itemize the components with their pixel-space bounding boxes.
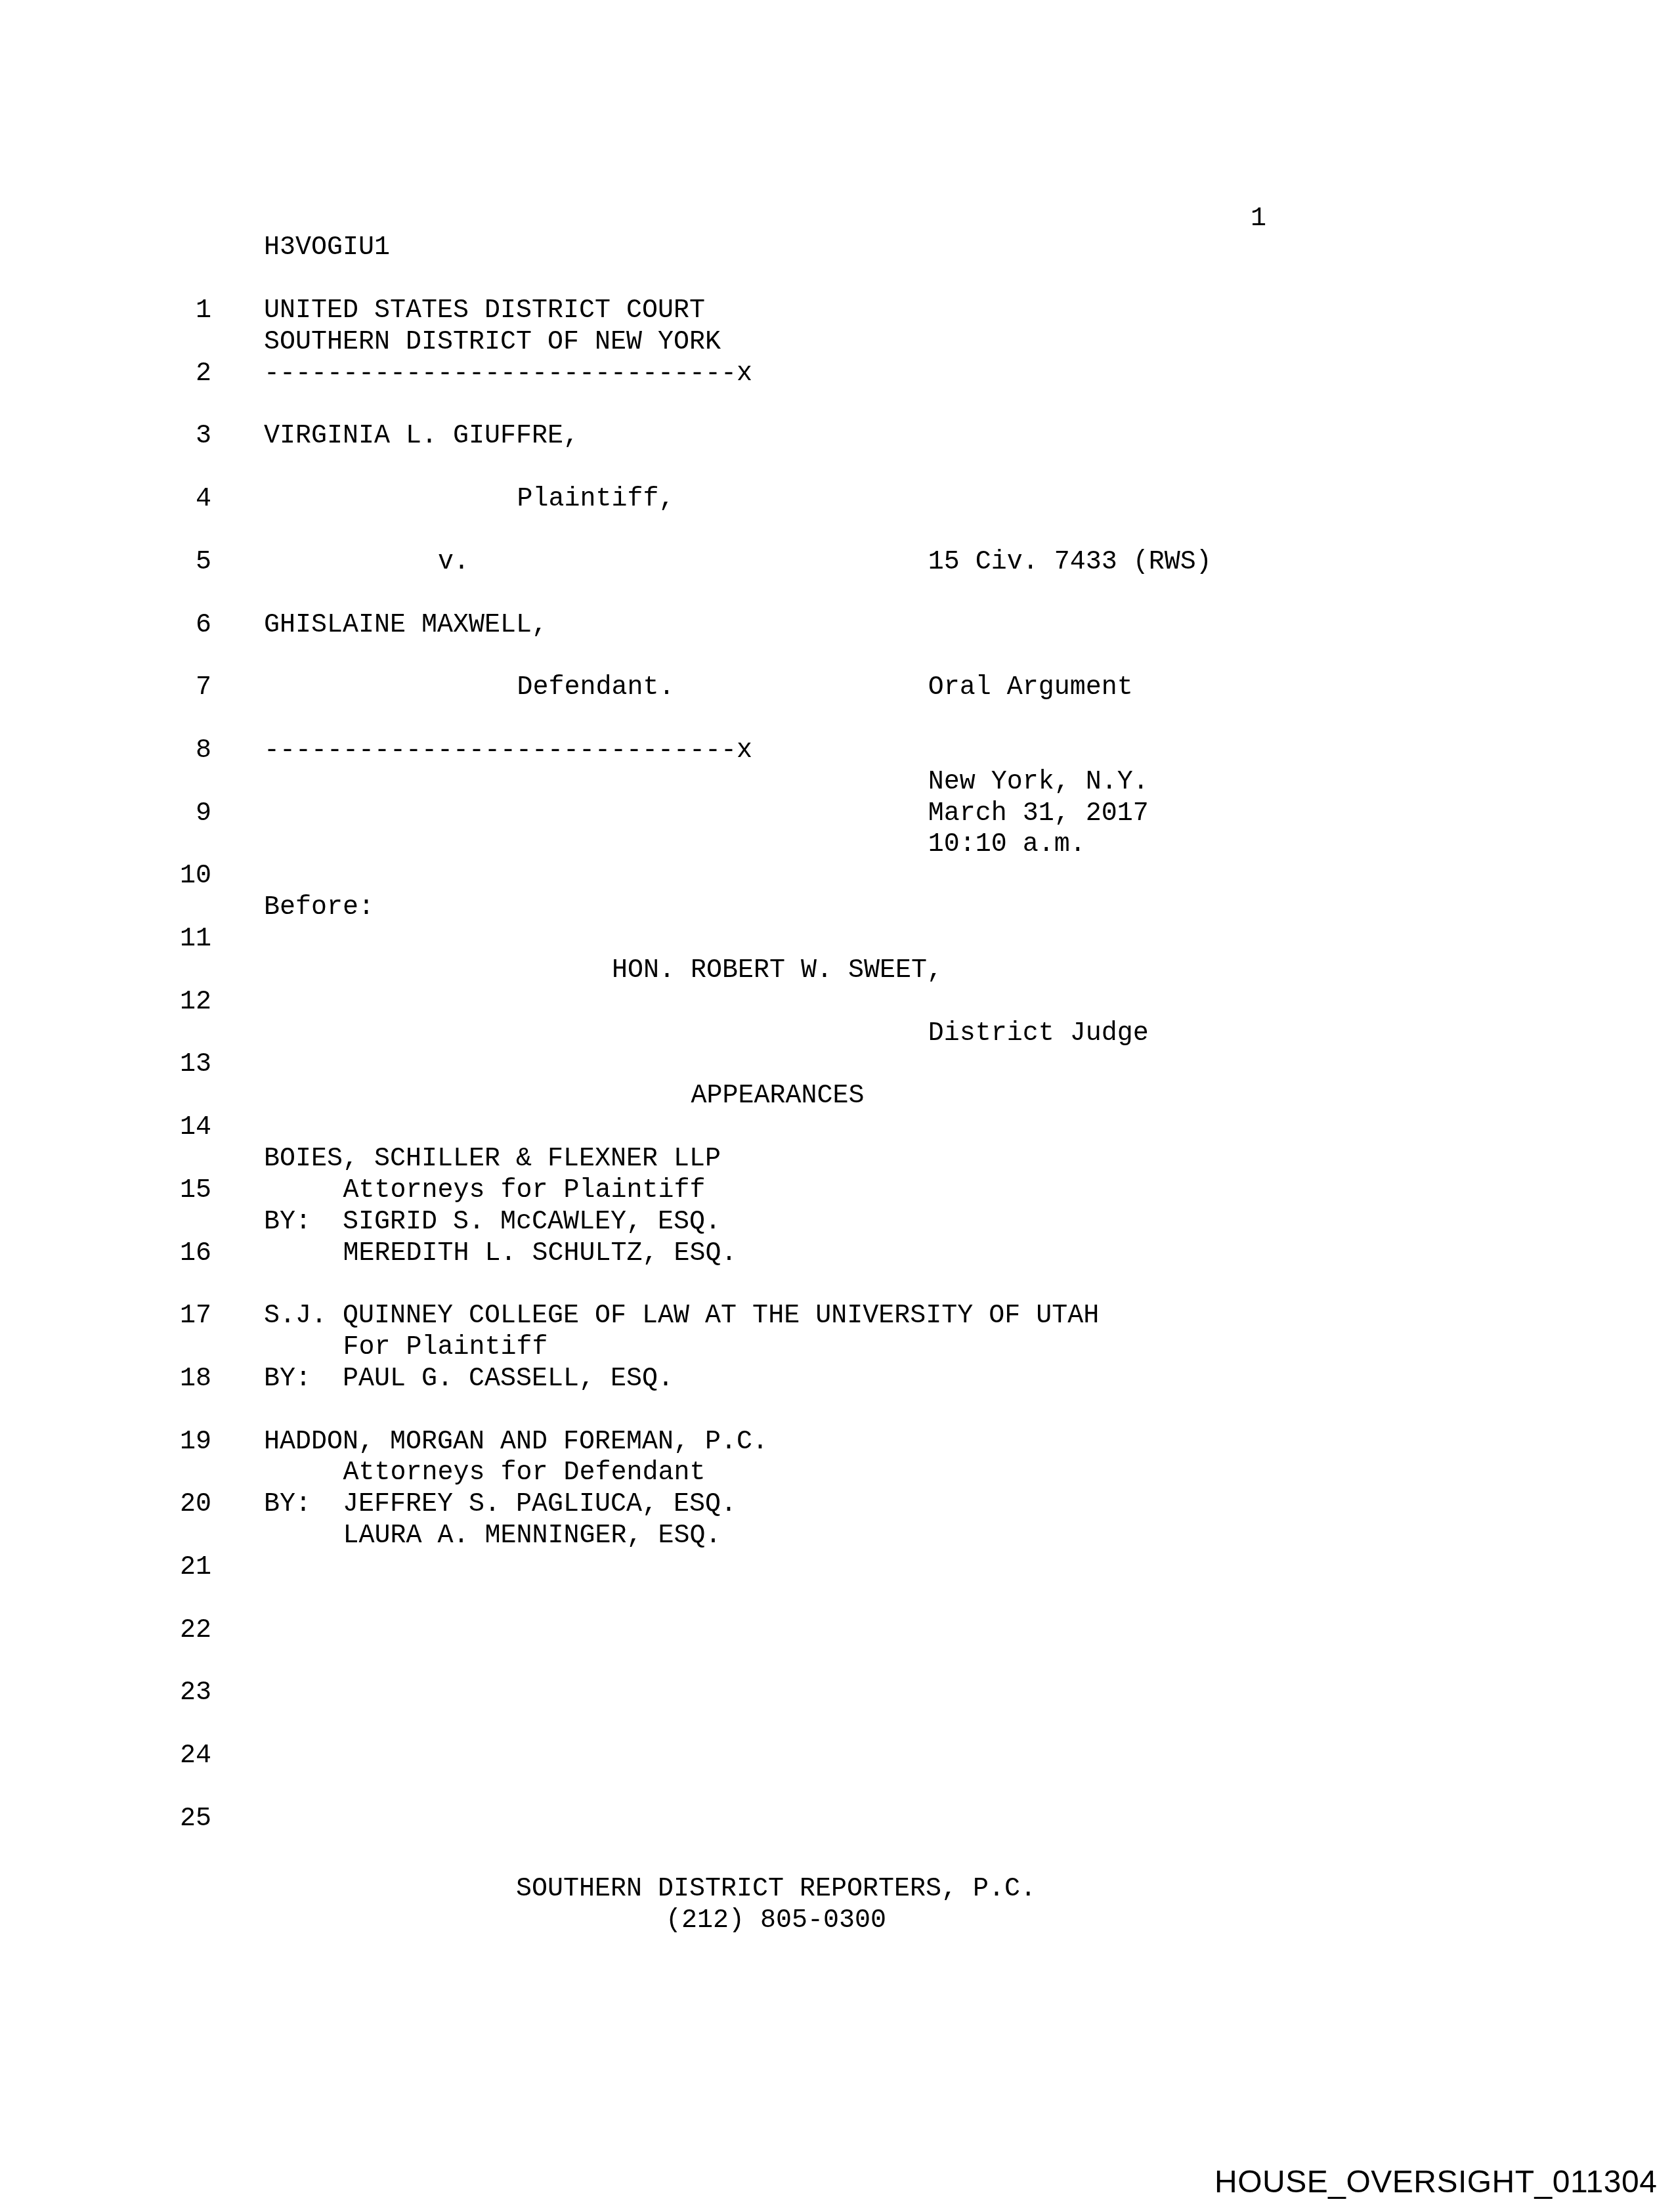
transcript-row: 14: [0, 1114, 1674, 1142]
line-text: ------------------------------x: [264, 360, 752, 389]
line-text: Attorneys for Defendant: [343, 1459, 705, 1488]
line-text: New York, N.Y.: [928, 768, 1149, 797]
transcript-row: 7Defendant.Oral Argument: [0, 674, 1674, 703]
transcript-row: 25: [0, 1805, 1674, 1834]
transcript-row: Before:: [0, 894, 1674, 922]
line-text: BY: SIGRID S. McCAWLEY, ESQ.: [264, 1208, 721, 1237]
line-text: BY: PAUL G. CASSELL, ESQ.: [264, 1365, 674, 1394]
line-number: 22: [167, 1616, 211, 1645]
transcript-row: LAURA A. MENNINGER, ESQ.: [0, 1522, 1674, 1551]
transcript-row: 20BY: JEFFREY S. PAGLIUCA, ESQ.: [0, 1490, 1674, 1519]
line-text: BY: JEFFREY S. PAGLIUCA, ESQ.: [264, 1490, 737, 1519]
line-text: District Judge: [928, 1020, 1149, 1049]
transcript-row: New York, N.Y.: [0, 768, 1674, 797]
line-text: SOUTHERN DISTRICT OF NEW YORK: [264, 328, 721, 357]
line-text: HON. ROBERT W. SWEET,: [612, 957, 943, 986]
line-text: Before:: [264, 894, 374, 922]
line-text: v.: [438, 548, 469, 577]
line-number: 20: [167, 1490, 211, 1519]
line-number: 10: [167, 862, 211, 891]
transcript-row: 6GHISLAINE MAXWELL,: [0, 611, 1674, 640]
line-number: 2: [167, 360, 211, 389]
line-text: BOIES, SCHILLER & FLEXNER LLP: [264, 1145, 721, 1174]
transcript-row: 2------------------------------x: [0, 360, 1674, 389]
transcript-row: 11: [0, 925, 1674, 954]
transcript-row: BY: SIGRID S. McCAWLEY, ESQ.: [0, 1208, 1674, 1237]
transcript-row: 3VIRGINIA L. GIUFFRE,: [0, 422, 1674, 451]
line-text: HADDON, MORGAN AND FOREMAN, P.C.: [264, 1428, 768, 1457]
line-text: For Plaintiff: [343, 1334, 547, 1362]
transcript-row: 19HADDON, MORGAN AND FOREMAN, P.C.: [0, 1428, 1674, 1457]
line-text: Defendant.: [517, 674, 674, 703]
line-number: 25: [167, 1805, 211, 1834]
line-number: 17: [167, 1302, 211, 1331]
line-number: 18: [167, 1365, 211, 1394]
line-number: 9: [167, 800, 211, 829]
line-text: GHISLAINE MAXWELL,: [264, 611, 547, 640]
transcript-row: For Plaintiff: [0, 1334, 1674, 1362]
line-text: VIRGINIA L. GIUFFRE,: [264, 422, 579, 451]
line-text: March 31, 2017: [928, 800, 1149, 829]
line-number: 13: [167, 1051, 211, 1079]
line-text: APPEARANCES: [691, 1082, 864, 1111]
line-text: LAURA A. MENNINGER, ESQ.: [343, 1522, 721, 1551]
line-text: UNITED STATES DISTRICT COURT: [264, 297, 705, 326]
transcript-row: BOIES, SCHILLER & FLEXNER LLP: [0, 1145, 1674, 1174]
line-text: Plaintiff,: [517, 485, 674, 514]
transcript-row: 10:10 a.m.: [0, 831, 1674, 859]
line-number: 19: [167, 1428, 211, 1457]
line-number: 4: [167, 485, 211, 514]
line-text: S.J. QUINNEY COLLEGE OF LAW AT THE UNIVE…: [264, 1302, 1099, 1331]
bates-stamp: HOUSE_OVERSIGHT_011304: [1214, 2165, 1657, 2200]
transcript-row: 4Plaintiff,: [0, 485, 1674, 514]
transcript-row: 15Attorneys for Plaintiff: [0, 1177, 1674, 1205]
transcript-row: 1UNITED STATES DISTRICT COURT: [0, 297, 1674, 326]
line-text: MEREDITH L. SCHULTZ, ESQ.: [343, 1240, 737, 1269]
line-number: 15: [167, 1177, 211, 1205]
transcript-row: 13: [0, 1051, 1674, 1079]
line-number: 14: [167, 1114, 211, 1142]
transcript-row: 23: [0, 1679, 1674, 1708]
transcript-row: 21: [0, 1553, 1674, 1582]
line-number: 3: [167, 422, 211, 451]
transcript-row: District Judge: [0, 1020, 1674, 1049]
line-number: 21: [167, 1553, 211, 1582]
line-number: 24: [167, 1742, 211, 1771]
transcript-row: 12: [0, 988, 1674, 1017]
court-reporter-phone: (212) 805-0300: [666, 1907, 886, 1936]
transcript-row: APPEARANCES: [0, 1082, 1674, 1111]
line-text: ------------------------------x: [264, 737, 752, 766]
transcript-row: 17S.J. QUINNEY COLLEGE OF LAW AT THE UNI…: [0, 1302, 1674, 1331]
line-number: 7: [167, 674, 211, 703]
transcript-row: 9March 31, 2017: [0, 800, 1674, 829]
line-text: Oral Argument: [928, 674, 1133, 703]
line-number: 5: [167, 548, 211, 577]
line-text: Attorneys for Plaintiff: [343, 1177, 705, 1205]
transcript-row: HON. ROBERT W. SWEET,: [0, 957, 1674, 986]
transcript-row: 16MEREDITH L. SCHULTZ, ESQ.: [0, 1240, 1674, 1269]
court-reporter-name: SOUTHERN DISTRICT REPORTERS, P.C.: [516, 1875, 1036, 1904]
line-text: 15 Civ. 7433 (RWS): [928, 548, 1212, 577]
transcript-row: 8------------------------------x: [0, 737, 1674, 766]
line-number: 16: [167, 1240, 211, 1269]
line-number: 23: [167, 1679, 211, 1708]
transcript-row: 10: [0, 862, 1674, 891]
transcript-row: 24: [0, 1742, 1674, 1771]
transcript-row: 18BY: PAUL G. CASSELL, ESQ.: [0, 1365, 1674, 1394]
transcript-row: 5v.15 Civ. 7433 (RWS): [0, 548, 1674, 577]
transcript-row: SOUTHERN DISTRICT OF NEW YORK: [0, 328, 1674, 357]
line-number: 12: [167, 988, 211, 1017]
transcript-row: Attorneys for Defendant: [0, 1459, 1674, 1488]
line-number: 1: [167, 297, 211, 326]
line-number: 8: [167, 737, 211, 766]
transcript-page: 1 H3VOGIU1 1UNITED STATES DISTRICT COURT…: [0, 0, 1674, 2212]
line-number: 11: [167, 925, 211, 954]
transcript-row: 22: [0, 1616, 1674, 1645]
line-number: 6: [167, 611, 211, 640]
line-text: 10:10 a.m.: [928, 831, 1086, 859]
